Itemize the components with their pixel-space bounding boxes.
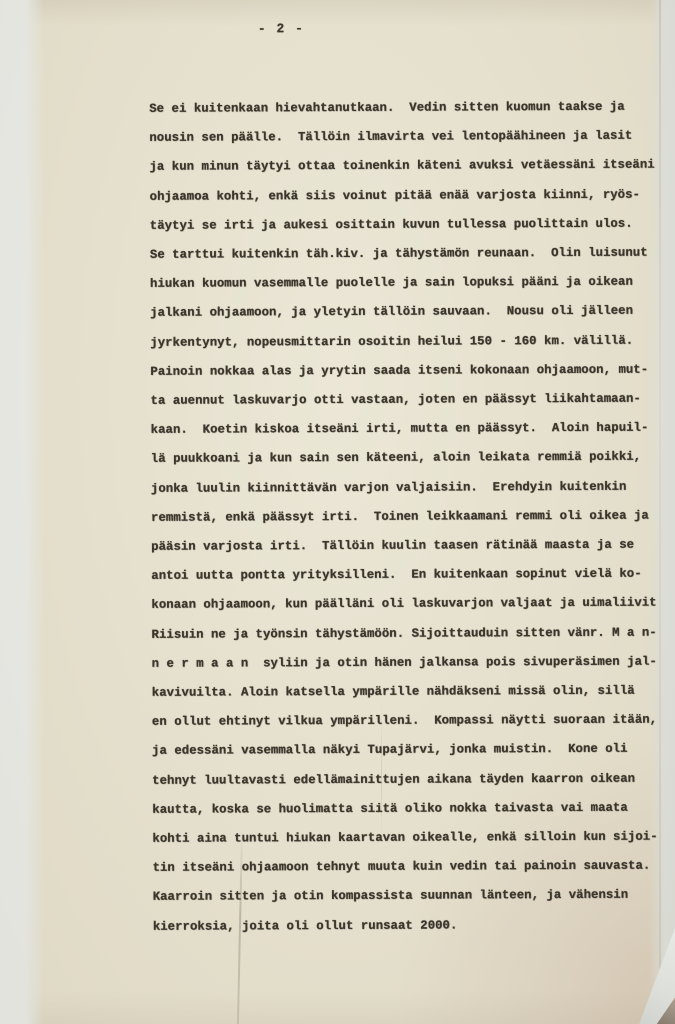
page-number: - 2 - — [258, 21, 305, 36]
scanned-typewritten-page: - 2 - Se ei kuitenkaan hievahtanutkaan. … — [0, 0, 675, 1024]
typewritten-body-text: Se ei kuitenkaan hievahtanutkaan. Vedin … — [149, 93, 669, 942]
paper-sheet: - 2 - Se ei kuitenkaan hievahtanutkaan. … — [0, 0, 675, 1024]
